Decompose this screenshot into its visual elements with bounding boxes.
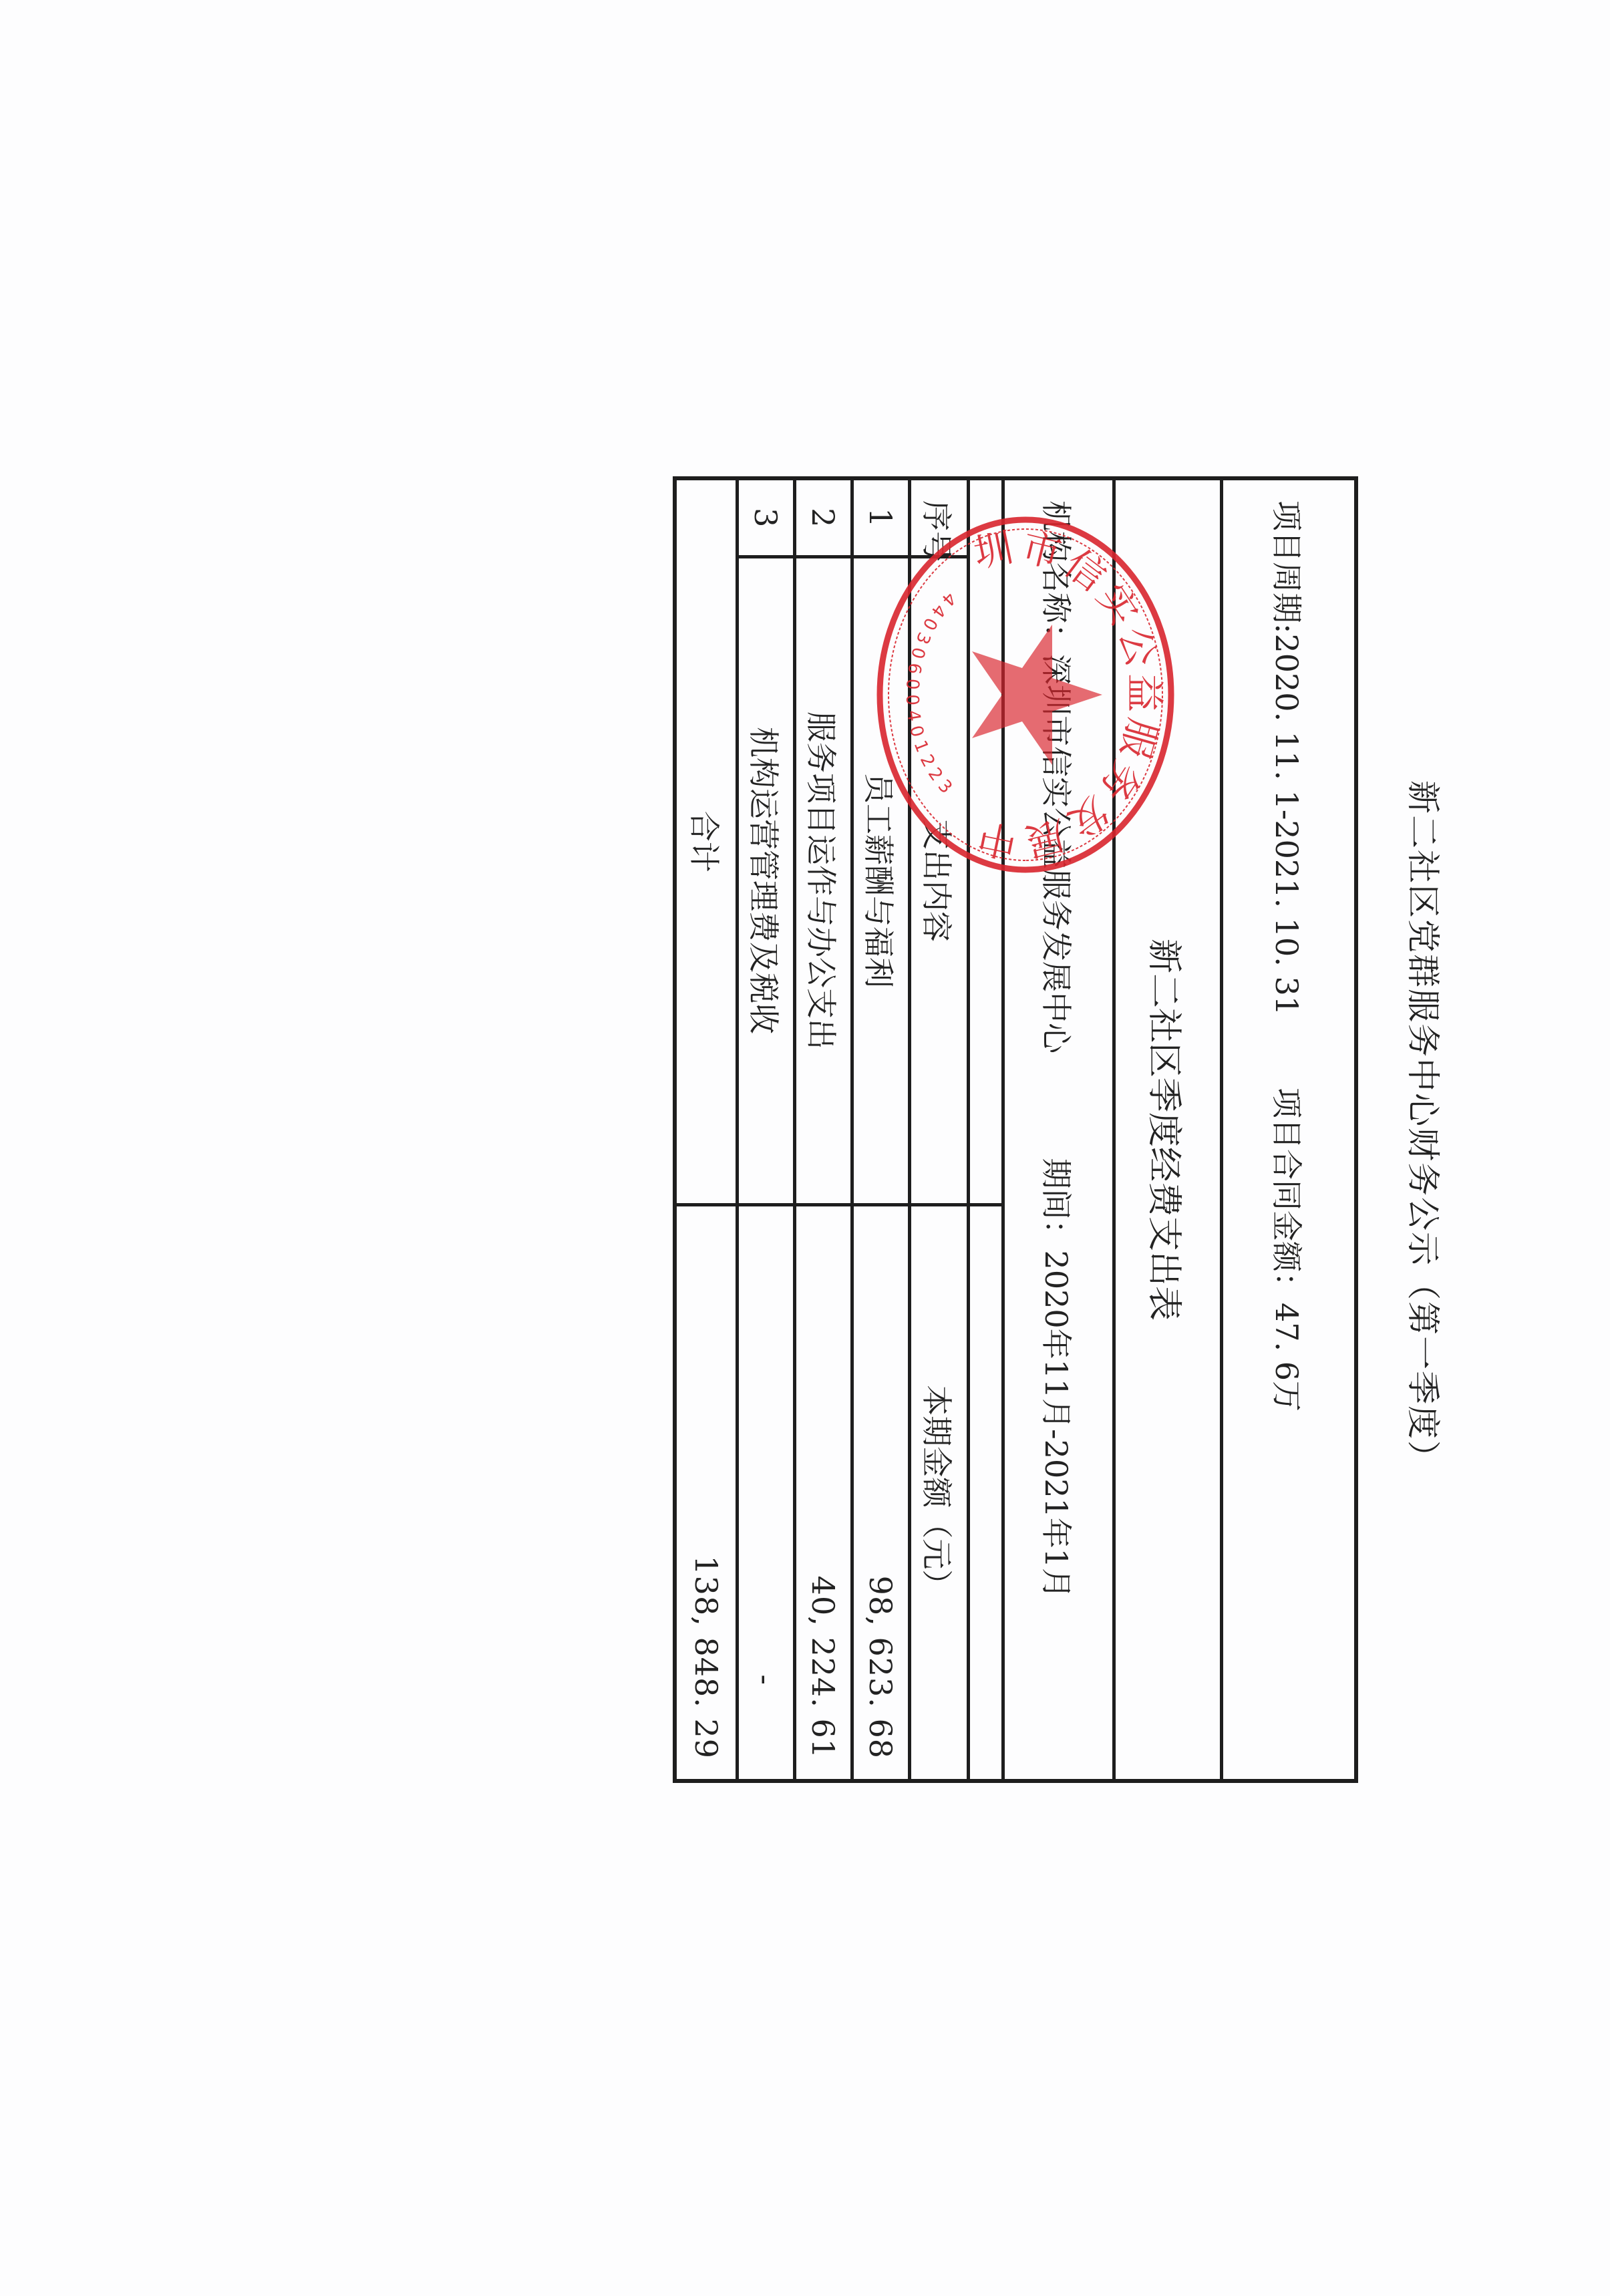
organization-name: 机构名称：深圳市信实公益服务发展中心 [1039,500,1075,1053]
row-seq: 1 [852,478,910,556]
row-amount: 40, 224. 61 [795,1204,852,1781]
row-content: 机构运营管理费及税收 [738,556,795,1204]
table-row: 3 机构运营管理费及税收 - [738,478,795,1781]
row-content: 服务项目运作与办公支出 [795,556,852,1204]
contract-amount: 项目合同金额：47. 6万 [1267,1088,1311,1412]
total-amount: 138, 848. 29 [675,1204,738,1781]
document-page: 新二社区党群服务中心财务公示（第一季度） 项目周期:2020. 11. 1-20… [0,0,1610,2296]
reporting-period: 期间：2020年11月-2021年1月 [1037,1158,1081,1599]
header-amount: 本期金额（元） [910,1204,969,1781]
header-content: 支出内容 [910,556,969,1204]
total-label: 合计 [675,478,738,1204]
meta-row: 项目周期:2020. 11. 1-2021. 10. 31 项目合同金额：47.… [1222,478,1357,1781]
document-title: 新二社区党群服务中心财务公示（第一季度） [1402,476,1450,1779]
org-row: 机构名称：深圳市信实公益服务发展中心 期间：2020年11月-2021年1月 [1003,478,1114,1781]
header-row: 序号 支出内容 本期金额（元） [910,478,969,1781]
row-seq: 2 [795,478,852,556]
expense-table: 项目周期:2020. 11. 1-2021. 10. 31 项目合同金额：47.… [673,476,1358,1783]
row-amount: - [738,1204,795,1781]
table-row: 1 员工薪酬与福利 98, 623. 68 [852,478,910,1781]
table-row: 2 服务项目运作与办公支出 40, 224. 61 [795,478,852,1781]
table-title: 新二社区季度经费支出表 [1114,478,1222,1781]
project-period: 项目周期:2020. 11. 1-2021. 10. 31 [1267,500,1311,1015]
row-content: 员工薪酬与福利 [852,556,910,1204]
header-seq: 序号 [910,478,969,556]
total-row: 合计 138, 848. 29 [675,478,738,1781]
row-amount: 98, 623. 68 [852,1204,910,1781]
spacer-row [969,478,1003,1781]
row-seq: 3 [738,478,795,556]
table-title-row: 新二社区季度经费支出表 [1114,478,1222,1781]
